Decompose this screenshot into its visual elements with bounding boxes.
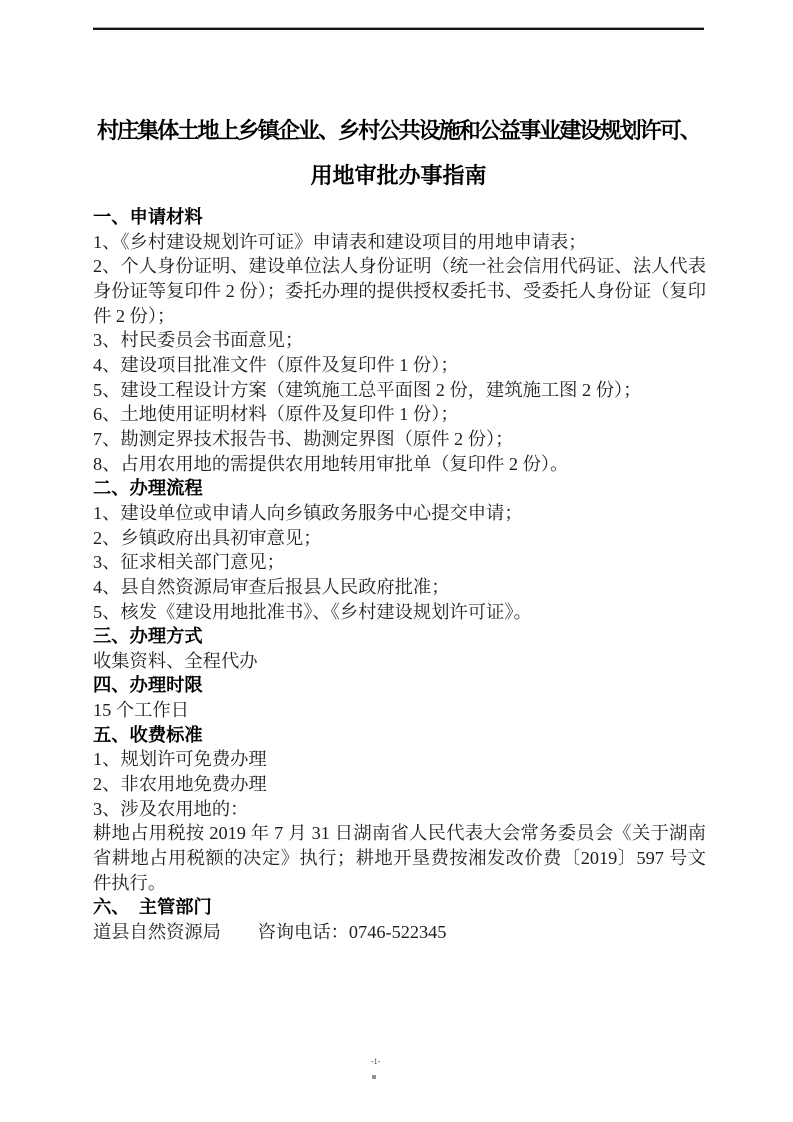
title-line-1: 村庄集体土地上乡镇企业、乡村公共设施和公益事业建设规划许可、 (93, 108, 704, 153)
section-heading-competent-department: 六、 主管部门 (93, 895, 706, 920)
title-line-2: 用地审批办事指南 (93, 153, 704, 198)
section-heading-process-flow: 二、办理流程 (93, 476, 706, 501)
list-item: 3、征求相关部门意见； (93, 550, 706, 575)
list-item: 1、规划许可免费办理 (93, 747, 706, 772)
list-item: 5、建设工程设计方案（建筑施工总平面图 2 份，建筑施工图 2 份）； (93, 378, 706, 403)
list-item: 5、核发《建设用地批准书》、《乡村建设规划许可证》。 (93, 600, 706, 625)
document-page: 村庄集体土地上乡镇企业、乡村公共设施和公益事业建设规划许可、 用地审批办事指南 … (0, 0, 793, 1122)
list-item: 6、土地使用证明材料（原件及复印件 1 份）； (93, 402, 706, 427)
page-number: -1- (371, 1057, 380, 1066)
section-heading-application-materials: 一、申请材料 (93, 205, 706, 230)
list-item: 2、非农用地免费办理 (93, 772, 706, 797)
list-item: 4、县自然资源局审查后报县人民政府批准； (93, 575, 706, 600)
document-title: 村庄集体土地上乡镇企业、乡村公共设施和公益事业建设规划许可、 用地审批办事指南 (93, 108, 704, 198)
list-item: 1、建设单位或申请人向乡镇政务服务中心提交申请； (93, 501, 706, 526)
list-item: 7、勘测定界技术报告书、勘测定界图（原件 2 份）； (93, 427, 706, 452)
list-item: 2、个人身份证明、建设单位法人身份证明（统一社会信用代码证、法人代表身份证等复印… (93, 254, 706, 328)
header-rule (93, 27, 704, 30)
body-text: 15 个工作日 (93, 698, 706, 723)
list-item: 3、涉及农用地的： (93, 797, 706, 822)
body-text: 耕地占用税按 2019 年 7 月 31 日湖南省人民代表大会常务委员会《关于湖… (93, 821, 706, 895)
list-item: 2、乡镇政府出具初审意见； (93, 526, 706, 551)
document-body: 一、申请材料 1、《乡村建设规划许可证》申请表和建设项目的用地申请表； 2、个人… (93, 205, 706, 945)
header-rule-thick-line (93, 28, 704, 30)
department-contact-line: 道县自然资源局 咨询电话：0746-522345 (93, 920, 706, 945)
body-text: 收集资料、全程代办 (93, 649, 706, 674)
section-heading-handling-method: 三、办理方式 (93, 624, 706, 649)
list-item: 1、《乡村建设规划许可证》申请表和建设项目的用地申请表； (93, 230, 706, 255)
section-heading-time-limit: 四、办理时限 (93, 673, 706, 698)
list-item: 8、占用农用地的需提供农用地转用审批单（复印件 2 份）。 (93, 452, 706, 477)
list-item: 3、村民委员会书面意见； (93, 328, 706, 353)
list-item: 4、建设项目批准文件（原件及复印件 1 份）； (93, 353, 706, 378)
footer-dot-mark (372, 1075, 376, 1079)
section-heading-fee-standard: 五、收费标准 (93, 723, 706, 748)
